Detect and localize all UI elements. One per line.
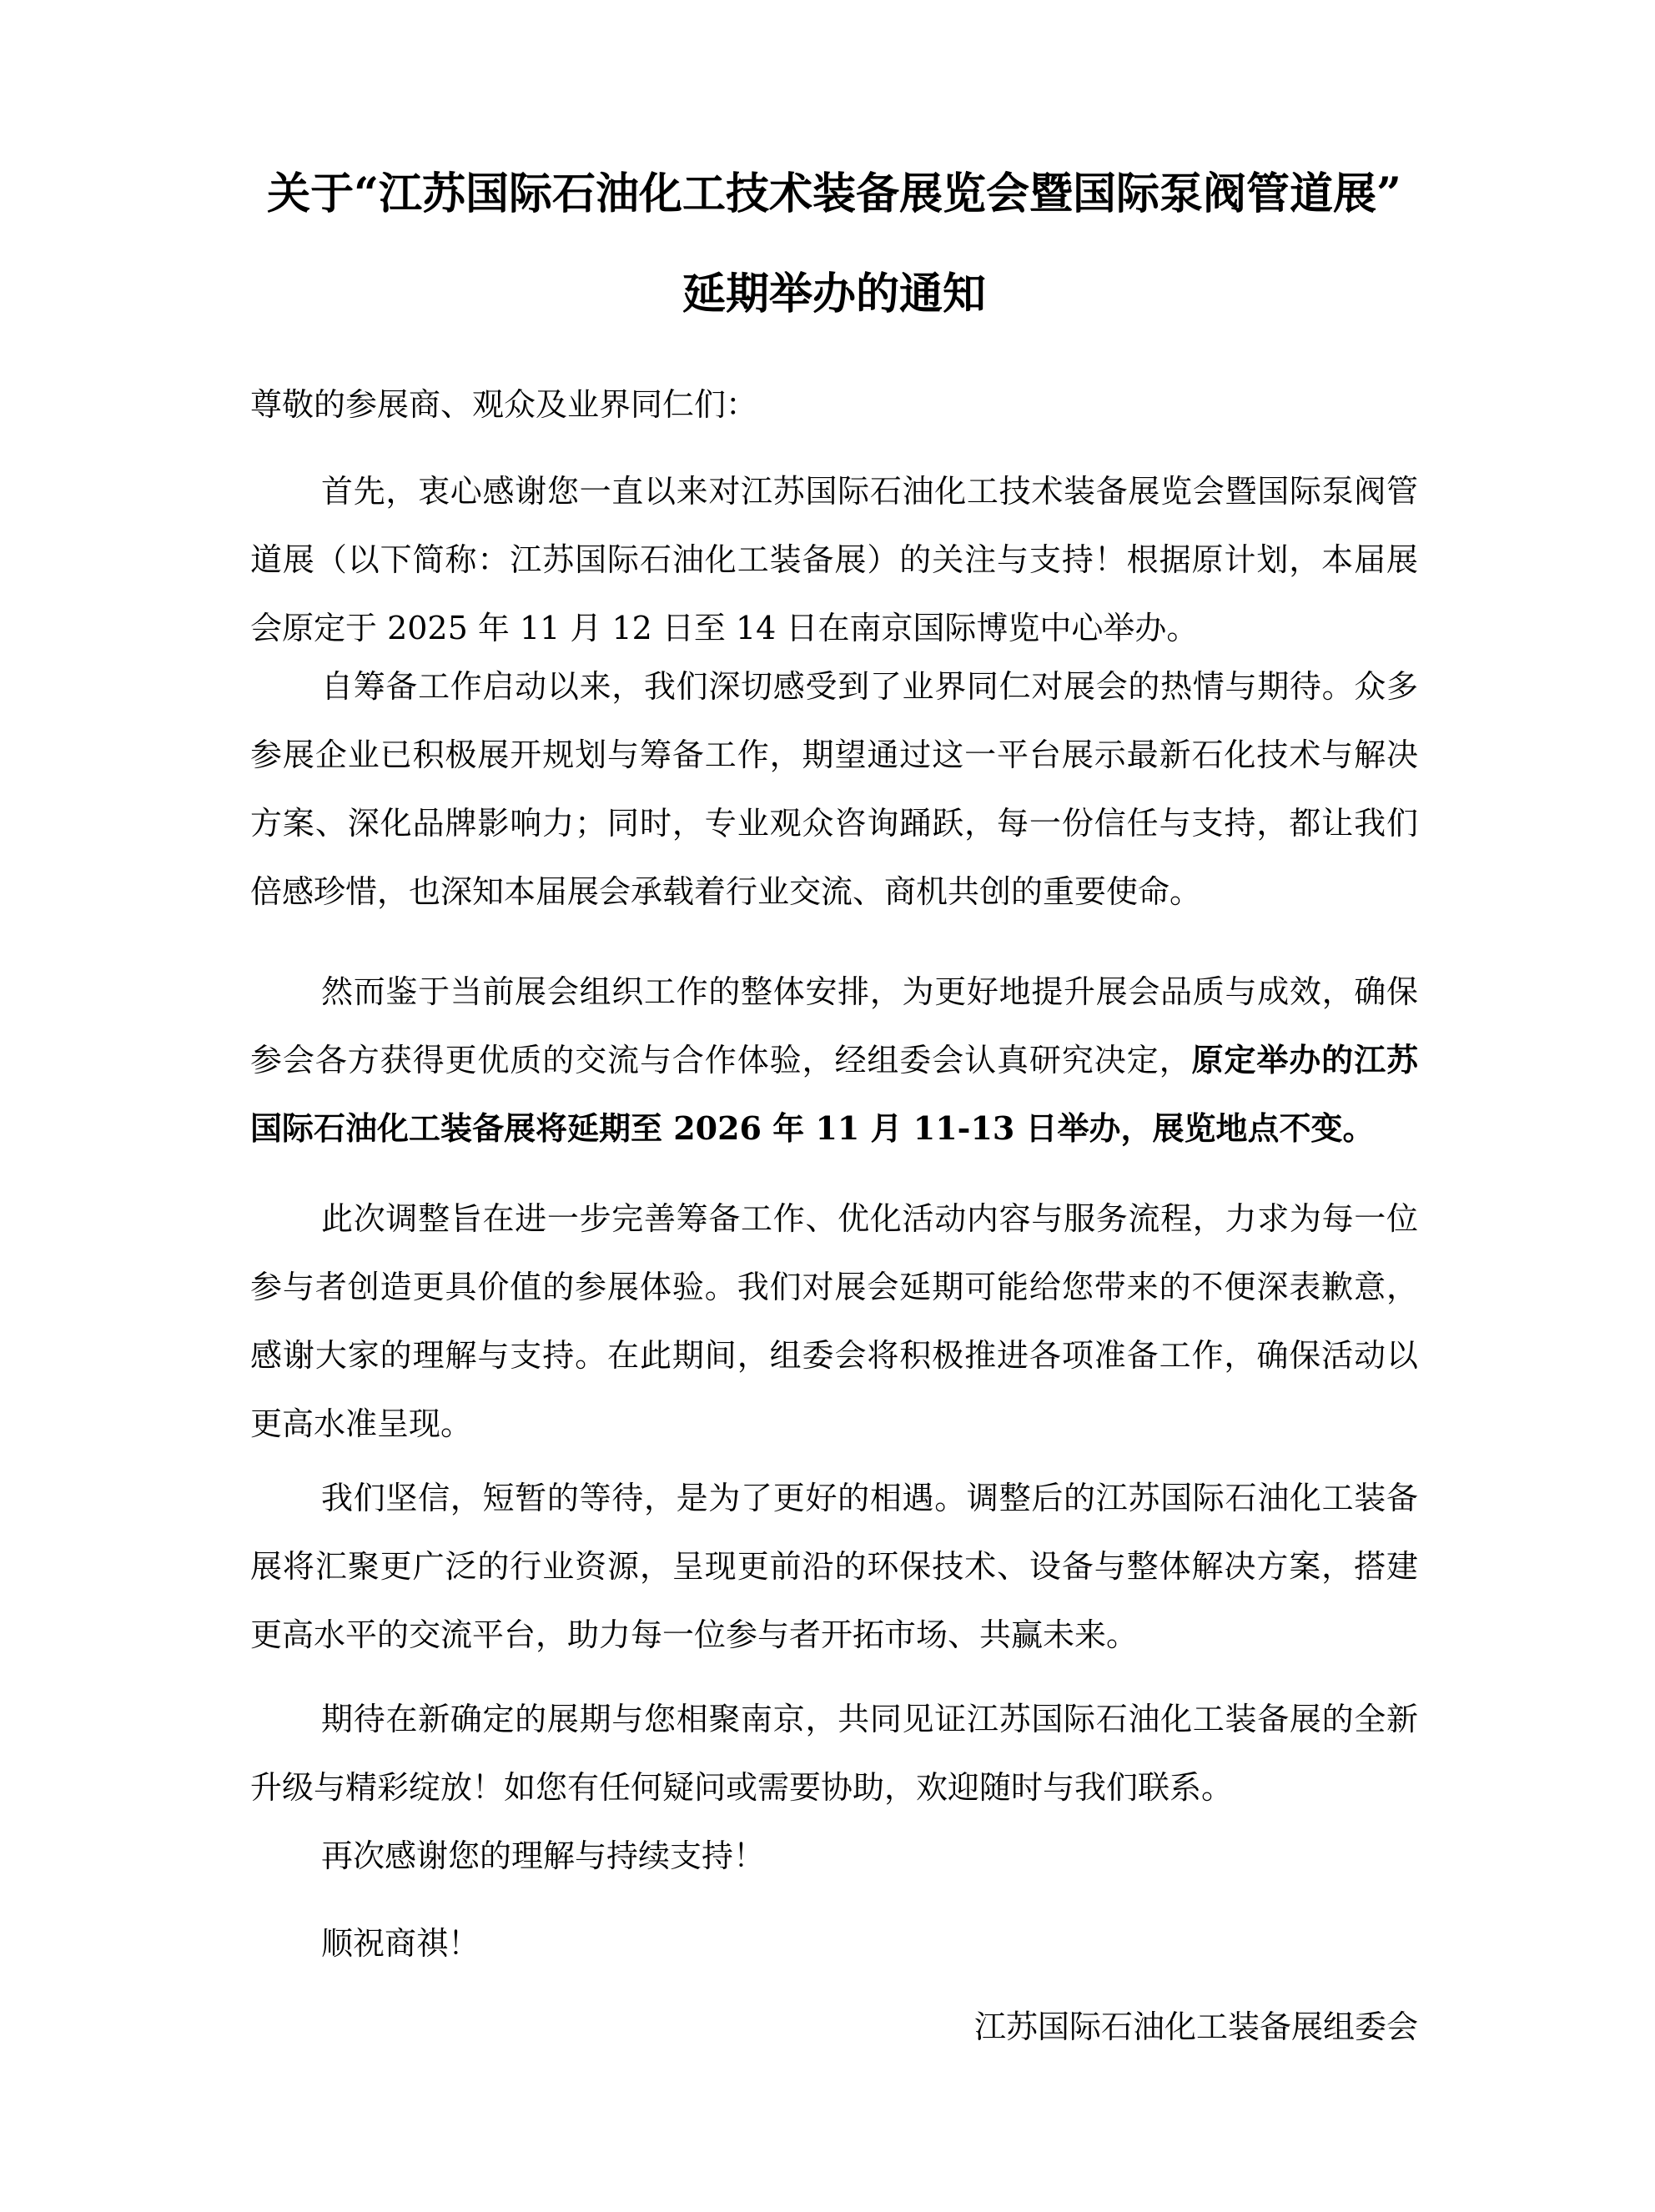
paragraph-3: 然而鉴于当前展会组织工作的整体安排，为更好地提升展会品质与成效，确保参会各方获得…	[250, 958, 1418, 1163]
signature: 江苏国际石油化工装备展组委会	[974, 2002, 1418, 2052]
closing-line: 顺祝商祺！	[321, 1918, 480, 1968]
paragraph-6: 期待在新确定的展期与您相聚南京，共同见证江苏国际石油化工装备展的全新升级与精彩绽…	[250, 1685, 1418, 1822]
document-title-line1: 关于“江苏国际石油化工技术装备展览会暨国际泵阀管道展”	[250, 158, 1418, 221]
document-title-line2: 延期举办的通知	[250, 259, 1418, 321]
thanks-line: 再次感谢您的理解与持续支持！	[321, 1831, 765, 1881]
paragraph-4: 此次调整旨在进一步完善筹备工作、优化活动内容与服务流程，力求为每一位参与者创造更…	[250, 1184, 1418, 1458]
document-page: 关于“江苏国际石油化工技术装备展览会暨国际泵阀管道展” 延期举办的通知 尊敬的参…	[0, 0, 1655, 2212]
paragraph-5: 我们坚信，短暂的等待，是为了更好的相遇。调整后的江苏国际石油化工装备展将汇聚更广…	[250, 1464, 1418, 1669]
paragraph-2: 自筹备工作启动以来，我们深切感受到了业界同仁对展会的热情与期待。众多参展企业已积…	[250, 652, 1418, 926]
salutation: 尊敬的参展商、观众及业界同仁们：	[250, 380, 757, 430]
paragraph-1: 首先，衷心感谢您一直以来对江苏国际石油化工技术装备展览会暨国际泵阀管道展（以下简…	[250, 457, 1418, 662]
